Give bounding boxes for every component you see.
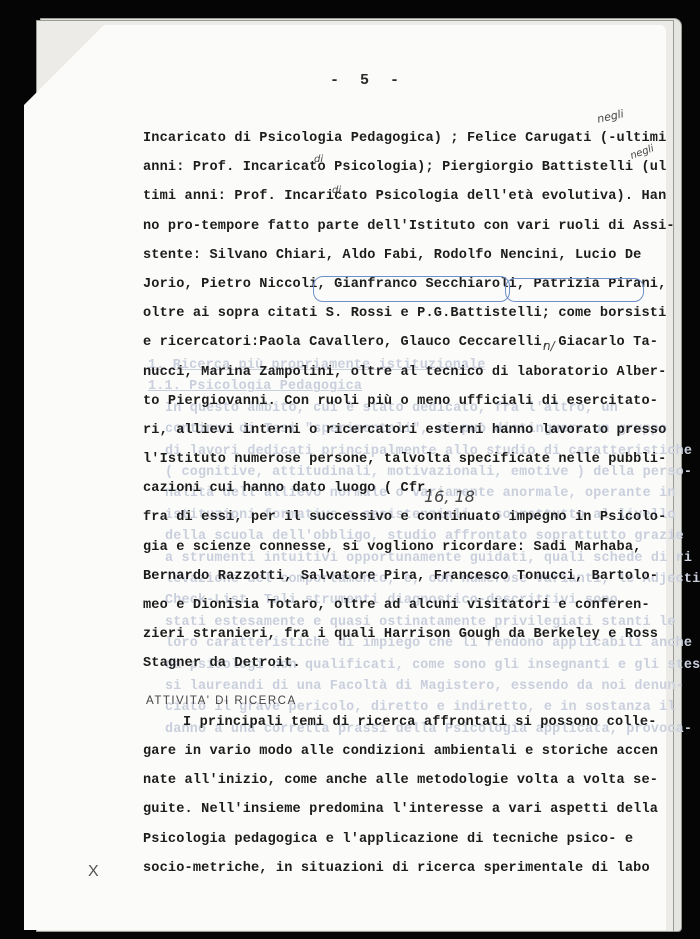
text-line: Incaricato di Psicologia Pedagogica) ; F… — [143, 124, 663, 153]
text-line: gare in vario modo alle condizioni ambie… — [143, 737, 663, 766]
text-line: oltre ai sopra citati S. Rossi e P.G.Bat… — [143, 299, 663, 328]
text-line: ri, allievi interni o ricercatori estern… — [143, 416, 663, 445]
typed-body-text: Incaricato di Psicologia Pedagogica) ; F… — [143, 124, 663, 883]
page-number: - 5 - — [330, 72, 405, 89]
text-line: guite. Nell'insieme predomina l'interess… — [143, 795, 663, 824]
handwritten-note-di-2: di — [332, 185, 341, 196]
text-line: to Piergiovanni. Con ruoli più o meno uf… — [143, 387, 663, 416]
text-line: nate all'inizio, come anche alle metodol… — [143, 766, 663, 795]
handwritten-cfr-references: 16, 18 — [424, 487, 475, 506]
handwritten-circle-pirani — [505, 278, 644, 302]
text-line: I principali temi di ricerca affrontati … — [143, 708, 663, 737]
text-line: Psicologia pedagogica e l'applicazione d… — [143, 825, 663, 854]
text-line: no pro-tempore fatto parte dell'Istituto… — [143, 212, 663, 241]
text-line: socio-metriche, in situazioni di ricerca… — [143, 854, 663, 883]
handwritten-note-di-1: di — [314, 154, 323, 165]
handwritten-insert-n: n/ — [543, 339, 555, 353]
text-line: timi anni: Prof. Incaricato Psicologia d… — [143, 182, 663, 211]
text-line: zieri stranieri, fra i quali Harrison Go… — [143, 620, 663, 649]
text-line: fra di essi, per il successivo e continu… — [143, 503, 663, 532]
handwritten-section-label: ATTIVITA' DI RICERCA — [146, 695, 297, 707]
text-line: anni: Prof. Incaricato Psicologia); Pier… — [143, 153, 663, 182]
text-line: gia e scienze connesse, si vogliono rico… — [143, 533, 663, 562]
text-line: meo e Dionisia Totaro, oltre ad alcuni v… — [143, 591, 663, 620]
text-line: cazioni cui hanno dato luogo ( Cfr. — [143, 474, 663, 503]
text-line: Stagner da Detroit. — [143, 649, 663, 678]
text-line: e ricercatori:Paola Cavallero, Glauco Ce… — [143, 328, 663, 357]
text-line: l'Istituto numerose persone, talvolta sp… — [143, 445, 663, 474]
text-line: stente: Silvano Chiari, Aldo Fabi, Rodol… — [143, 241, 663, 270]
margin-x-mark: X — [88, 863, 99, 881]
text-line: Bernardo Razzotti, Salvatore Pira, Franc… — [143, 562, 663, 591]
handwritten-circle-secchiaroli — [313, 276, 510, 302]
text-line: nucci, Marina Zampolini, oltre al tecnic… — [143, 358, 663, 387]
